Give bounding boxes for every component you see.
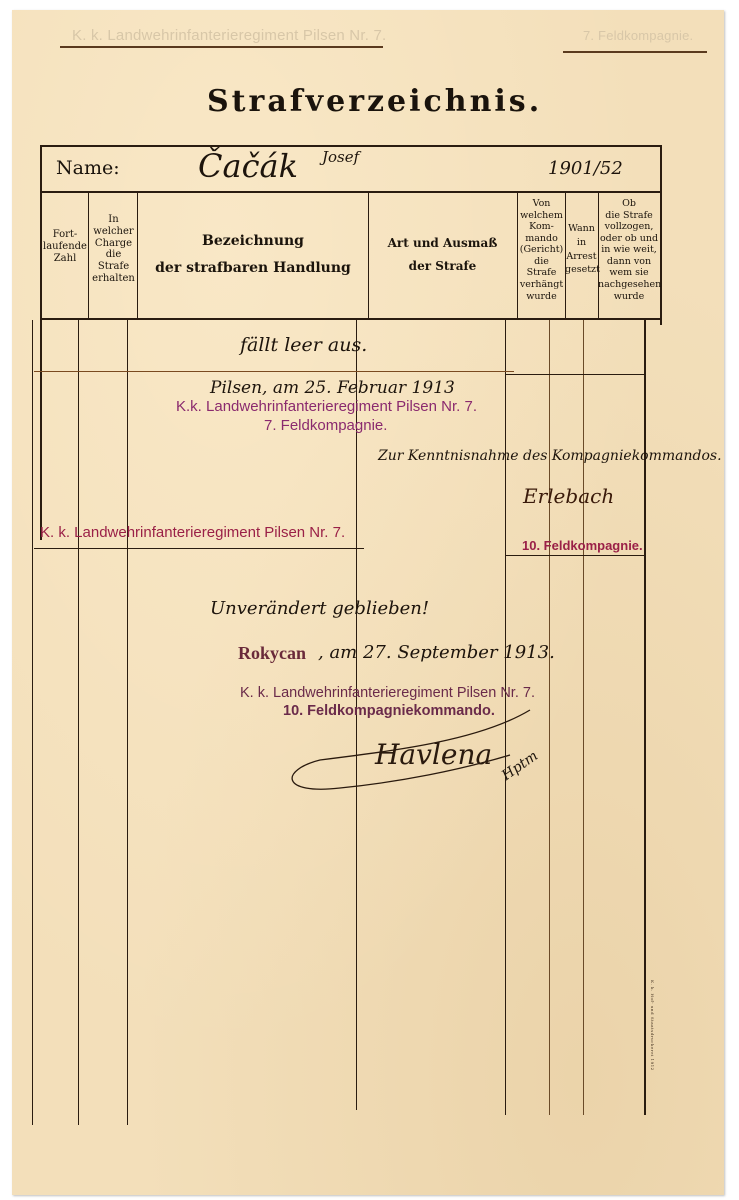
hdr-line: dann von xyxy=(598,256,660,268)
hdr-line: die xyxy=(518,256,565,268)
name-row-divider xyxy=(42,191,662,193)
col-line-1-body xyxy=(78,320,79,1125)
col-line-3-header xyxy=(368,192,369,320)
col-header-charge: In welcher Charge die Strafe erhalten xyxy=(90,214,137,285)
table-right-border xyxy=(660,145,662,325)
col-line-6-header xyxy=(598,192,599,320)
row-divider-1-right xyxy=(505,374,645,375)
hdr-line: Art und Ausmaß xyxy=(368,232,517,255)
page-title: Strafverzeichnis. xyxy=(207,84,542,119)
hdr-line: der strafbaren Handlung xyxy=(140,255,366,282)
stamp-rokycan: Rokycan xyxy=(238,643,306,664)
hdr-line: oder ob und xyxy=(598,233,660,245)
register-number: 1901/52 xyxy=(548,158,623,179)
hdr-line: gesetzt xyxy=(565,263,598,277)
hdr-line: Zahl xyxy=(42,253,88,265)
stamp-7-feldkompagnie: 7. Feldkompagnie. xyxy=(264,417,387,434)
hdr-line: welchem xyxy=(518,210,565,222)
hdr-line: in wie weit, xyxy=(598,244,660,256)
col-header-fortlaufende-zahl: Fort- laufende Zahl xyxy=(42,229,88,264)
entry-place-date-pilsen: Pilsen, am 25. Februar 1913 xyxy=(210,378,455,398)
entry-note-kenntnisnahme: Zur Kenntnisnahme des Kompagniekommandos… xyxy=(378,448,722,464)
col-line-2-body xyxy=(127,320,128,1125)
surname-handwritten: Čačák xyxy=(198,147,298,185)
entry-row1-handwritten: fällt leer aus. xyxy=(240,334,367,356)
hdr-line: Charge xyxy=(90,238,137,250)
row-divider-2-left xyxy=(34,548,364,549)
name-label: Name: xyxy=(56,157,120,179)
col-line-6-body xyxy=(583,320,584,1115)
hdr-line: Kom- xyxy=(518,221,565,233)
table-left-border xyxy=(40,145,42,540)
hdr-line: Ob xyxy=(598,198,660,210)
stamp-10-feldkompagnie: 10. Feldkompagnie. xyxy=(522,538,643,553)
col-header-vollzogen: Ob die Strafe vollzogen, oder ob und in … xyxy=(598,198,660,302)
entry-date-september: , am 27. September 1913. xyxy=(318,642,555,663)
hdr-line: nachgesehen xyxy=(598,279,660,291)
hdr-line: Strafe xyxy=(518,267,565,279)
col-line-5-body xyxy=(549,320,550,1115)
hdr-line: vollzogen, xyxy=(598,221,660,233)
signature-erlebach: Erlebach xyxy=(523,484,614,508)
hdr-line: verhängt xyxy=(518,279,565,291)
faded-regiment-header: K. k. Landwehrinfanterieregiment Pilsen … xyxy=(72,27,386,44)
hdr-line: in xyxy=(565,236,598,250)
col-header-kommando: Von welchem Kom- mando (Gericht) die Str… xyxy=(518,198,565,302)
row-divider-1 xyxy=(34,371,514,372)
faded-company-header: 7. Feldkompagnie. xyxy=(583,28,693,43)
hdr-line: In xyxy=(90,214,137,226)
hdr-line: Bezeichnung xyxy=(140,228,366,255)
col-line-4-header xyxy=(517,192,518,320)
hdr-line: die Strafe xyxy=(90,249,137,273)
hdr-line: der Strafe xyxy=(368,255,517,278)
col-header-arrest: Wann in Arrest gesetzt xyxy=(565,222,598,277)
hdr-line: Von xyxy=(518,198,565,210)
table-top-border xyxy=(40,145,662,147)
stamp-regiment-7: K.k. Landwehrinfanterieregiment Pilsen N… xyxy=(176,398,477,415)
hdr-line: Wann xyxy=(565,222,598,236)
hdr-line: erhalten xyxy=(90,273,137,285)
entry-note-unveraendert: Unverändert geblieben! xyxy=(210,598,429,619)
col-line-left-body xyxy=(32,320,33,1125)
printer-note: K. k. Hof- und Staatsdruckerei 1912 xyxy=(650,980,655,1071)
hdr-line: welcher xyxy=(90,226,137,238)
first-name-handwritten: Josef xyxy=(322,148,359,166)
hdr-line: Arrest xyxy=(565,250,598,264)
stamp-regiment-bottom: K. k. Landwehrinfanterieregiment Pilsen … xyxy=(40,524,345,541)
col-header-bezeichnung: Bezeichnung der strafbaren Handlung xyxy=(140,228,366,281)
hdr-line: Fort- xyxy=(42,229,88,241)
header-rule-left xyxy=(60,46,383,48)
hdr-line: wurde xyxy=(518,291,565,303)
col-line-right-body xyxy=(644,320,646,1115)
stamp-regiment-row3: K. k. Landwehrinfanterieregiment Pilsen … xyxy=(240,685,535,701)
col-header-art-ausmass: Art und Ausmaß der Strafe xyxy=(368,232,517,278)
col-line-1-header xyxy=(88,192,89,320)
hdr-line: die Strafe xyxy=(598,210,660,222)
hdr-line: (Gericht) xyxy=(518,244,565,256)
hdr-line: laufende xyxy=(42,241,88,253)
hdr-line: mando xyxy=(518,233,565,245)
hdr-line: wem sie xyxy=(598,267,660,279)
hdr-line: wurde xyxy=(598,291,660,303)
signature-flourish-icon xyxy=(280,700,540,800)
row-divider-2-right xyxy=(505,555,645,556)
header-row-divider xyxy=(42,318,662,320)
header-rule-right xyxy=(563,51,707,53)
col-line-5-header xyxy=(565,192,566,320)
col-line-2-header xyxy=(137,192,138,320)
